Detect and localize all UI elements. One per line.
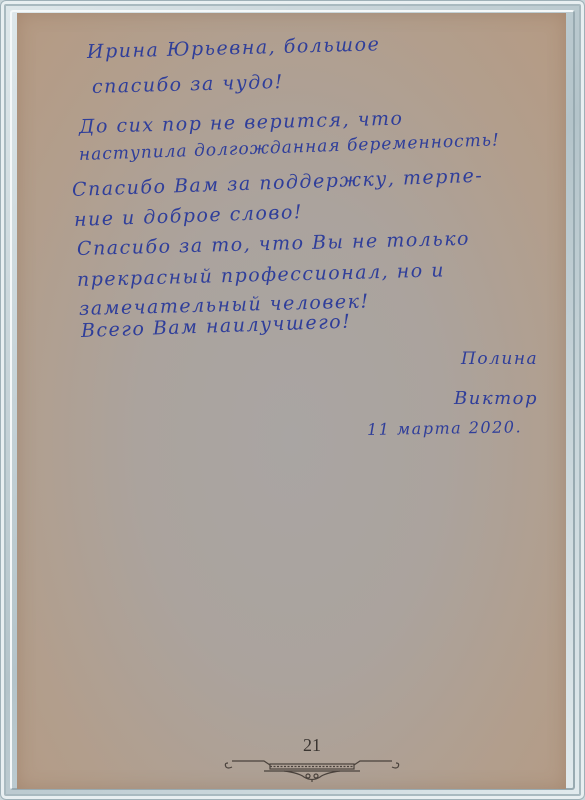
signature: Полина <box>461 349 538 369</box>
signature: Виктор <box>454 388 538 409</box>
letter-line: прекрасный профессионал, но и <box>77 259 446 291</box>
letter-date: 11 марта 2020. <box>367 417 522 439</box>
letter-line: До сих пор не верится, что <box>79 108 404 138</box>
letter-page: Ирина Юрьевна, большое спасибо за чудо! … <box>17 13 566 789</box>
page-footer: 21 <box>224 733 400 783</box>
letter-line: Ирина Юрьевна, большое <box>87 33 381 63</box>
letter-line: Спасибо за то, что Вы не только <box>77 228 471 260</box>
letter-line: спасибо за чудо! <box>92 71 284 98</box>
letter-line: ние и доброе слово! <box>74 201 304 231</box>
ornament-divider-icon <box>224 755 400 783</box>
letter-line: Спасибо Вам за поддержку, терпе- <box>72 165 484 201</box>
page-number: 21 <box>224 735 400 756</box>
